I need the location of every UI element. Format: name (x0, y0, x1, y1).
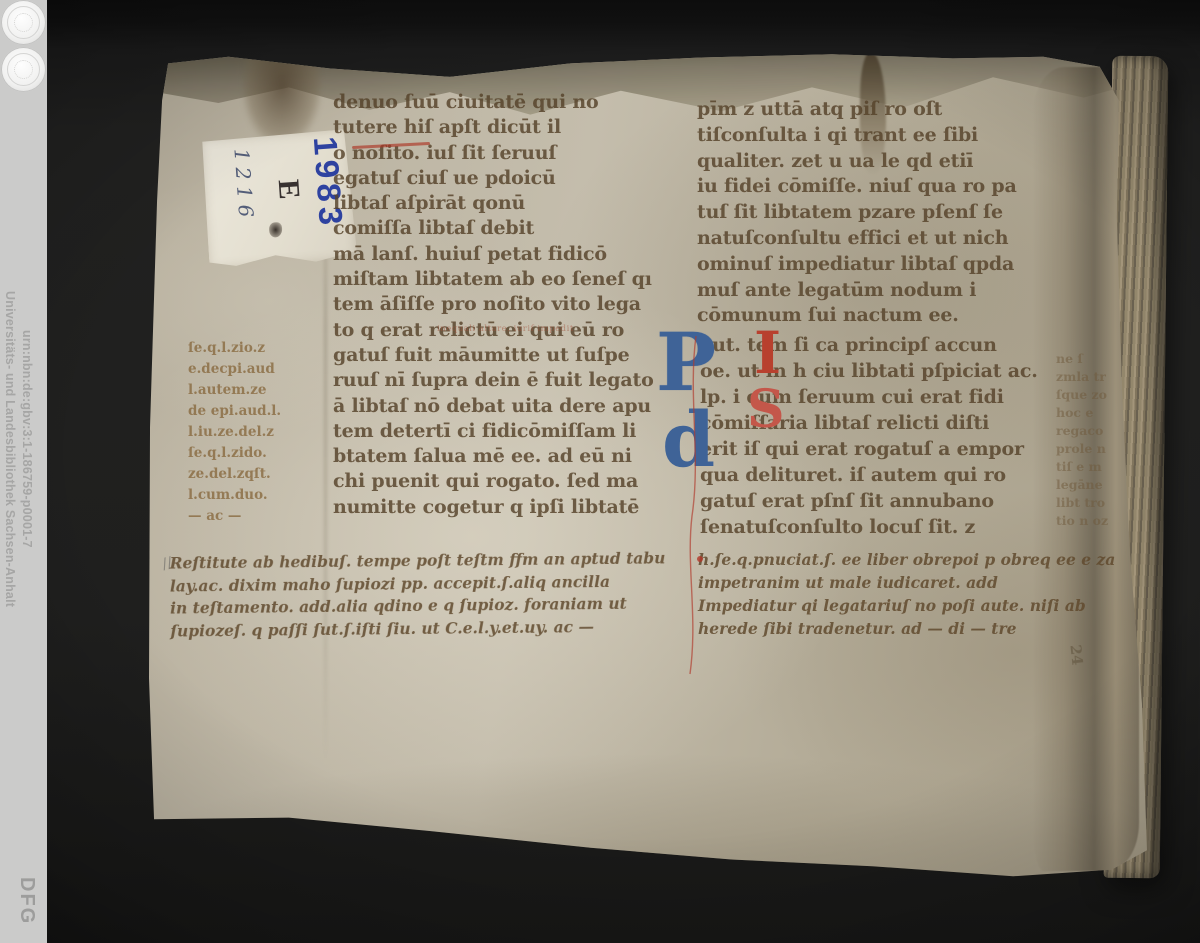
gloss-line: e.decpi.aud (188, 359, 328, 380)
manuscript-text-line: natuſconſultu effici et ut nich (697, 226, 1051, 252)
addition-line: impetranim ut male iudicaret. add (698, 571, 1168, 594)
label-shelfmark-letter: E (273, 178, 304, 200)
addition-note-left: Reſtitute ab hedibuſ. tempe poſt teſtm f… (170, 547, 661, 642)
manuscript-text-line: cōmunum ſui nactum ee. (697, 303, 1051, 329)
manuscript-scan-photo: 1983 E 1216 ſe.q.l.zio.ze.decpi.audl.aut… (0, 0, 1200, 943)
addition-line: herede ſibi tradenetur. ad — di — tre (698, 617, 1168, 640)
urn-vertical-text: urn:nbn:de:gbv:3:1-186759-p0001-7 (20, 330, 34, 548)
library-seal-icon-2 (1, 47, 46, 92)
main-text-column-left: denuo ſuū ciuitatē qui notutere hiſ apſt… (333, 90, 687, 520)
red-paragraph-dot (697, 556, 703, 562)
manuscript-text-line: mā lanſ. huiuſ petat fidicō (333, 242, 687, 267)
manuscript-text-line: iu fidei cōmiſſe. niuſ qua ro pa (697, 174, 1051, 200)
manuscript-text-line: libtaſ aſpirāt qonū (333, 191, 687, 216)
red-initial-i: I (754, 324, 781, 382)
library-seal-icon (1, 0, 46, 45)
manuscript-text-line: ſenatuſconſulto locuſ ſit. z (700, 514, 1054, 540)
gloss-line: de epi.aud.l. (188, 401, 328, 422)
manuscript-text-line: tiſconſulta i qi trant ee ſibi (697, 123, 1051, 149)
gloss-line: ſe.q.l.zido. (188, 443, 328, 464)
manuscript-text-line: ā libtaſ nō debat uita dere apu (333, 394, 687, 419)
gloss-line: l.iu.ze.del.z (188, 422, 328, 443)
manuscript-text-line: miſtam libtatem ab eo ſeneſ qı (333, 267, 687, 292)
label-shelfmark-number: 1216 (231, 148, 256, 224)
red-initial-s: S (747, 384, 785, 436)
dfg-logo: DFG (15, 877, 38, 925)
manuscript-text-line: egatuſ ciuſ ue pdoicū (333, 166, 687, 191)
manuscript-text-line: qualiter. zet u ua le qd etiī (697, 149, 1051, 175)
library-name-vertical-text: Universitäts- und Landesbibliothek Sachs… (3, 291, 17, 607)
folio-number: 24 (1066, 644, 1086, 667)
manuscript-text-line: qua delituret. iſ autem qui ro (700, 462, 1054, 488)
manuscript-page: 1983 E 1216 ſe.q.l.zio.ze.decpi.audl.aut… (148, 50, 1154, 888)
manuscript-text-line: chi puenit qui rogato. ſed ma (333, 469, 687, 494)
gloss-line: l.autem.ze (188, 380, 328, 401)
manuscript-text-line: ominuſ impediatur libtaſ qpda (697, 252, 1051, 278)
metadata-sidebar: Universitäts- und Landesbibliothek Sachs… (0, 0, 47, 943)
manuscript-text-line: tutere hiſ apſt dicūt il (333, 115, 687, 140)
gloss-line: l.cum.duo. (188, 485, 328, 506)
manuscript-text-line: muſ ante legatūm nodum i (697, 278, 1051, 304)
main-text-column-right-upper: pīm z uttā atq piſ ro oſttiſconſulta i q… (697, 97, 1051, 329)
manuscript-text-line: gatuſ erat pſnſ ſit annubano (700, 488, 1054, 514)
manuscript-text-line: tuſ ſit libtatem pzare pſenſ ſe (697, 200, 1051, 226)
gloss-line: ze.del.zqſt. (188, 464, 328, 485)
addition-line: Impediatur qi legatariuſ no poſi aute. n… (698, 594, 1168, 617)
manuscript-text-line: tem āſiſſe pro noſito vito lega (333, 292, 687, 317)
manuscript-text-line: ruuſ nī ſupra dein ē fuit legato (333, 368, 687, 393)
addition-line: ſupiozeſ. q paſſi ſut.ſ.iſti ſiu. ut C.e… (170, 615, 660, 643)
manuscript-text-line: tem detertī ci fidicōmiſſam li (333, 419, 687, 444)
interlinear-gloss: inequali altare. iuriſ impedit (437, 324, 574, 334)
gloss-line: ſe.q.l.zio.z (188, 338, 328, 359)
manuscript-text-line: numitte cogetur q ipſi libtatē (333, 495, 687, 520)
manuscript-text-line: gatuſ fuit māumitte ut ſuſpe (333, 343, 687, 368)
addition-note-right: h.ſe.q.pnuciat.ſ. ee liber obrepoi p obr… (698, 548, 1168, 640)
manuscript-text-line: denuo ſuū ciuitatē qui no (333, 90, 687, 115)
addition-line: h.ſe.q.pnuciat.ſ. ee liber obrepoi p obr… (698, 548, 1168, 571)
gloss-line: — ac — (188, 506, 328, 527)
manuscript-text-line: pīm z uttā atq piſ ro oſt (697, 97, 1051, 123)
marginal-gloss-left: ſe.q.l.zio.ze.decpi.audl.autem.zede epi.… (188, 338, 328, 527)
manuscript-text-line: comiſſa libtaſ debit (333, 216, 687, 241)
manuscript-text-line: btatem ſalua mē ee. ad eū ni (333, 444, 687, 469)
